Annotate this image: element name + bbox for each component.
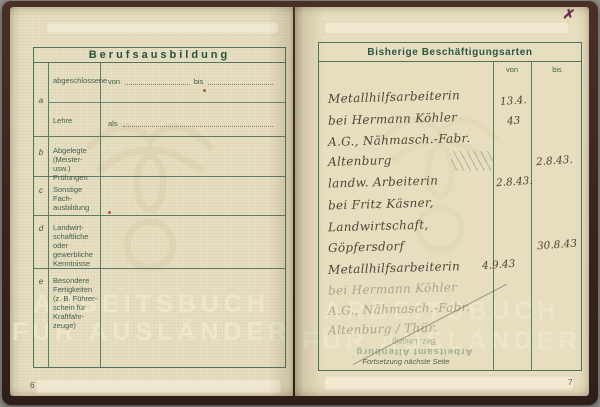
dotted-leader	[125, 83, 190, 85]
von-label: von	[108, 77, 120, 86]
row-letter-a: a	[34, 96, 48, 105]
handwritten-entry: bei Hermann Köhler	[328, 110, 458, 128]
left-table-title: Berufsausbildung	[34, 48, 285, 63]
emboss-band-top	[323, 21, 570, 35]
column-header-von: von	[493, 65, 531, 74]
handwritten-entry: Metallhilfsarbeiterin	[328, 259, 460, 277]
handwritten-entry: Altenburg	[328, 153, 392, 169]
dotted-leader	[123, 125, 273, 127]
employment-history-table: Bisherige Beschäftigungsarten von bis Me…	[318, 42, 582, 371]
row-letter-b: b	[34, 148, 48, 157]
page-left: ARBEITSBUCH FÜR AUSLÄNDER Berufsausbildu…	[10, 7, 293, 396]
handwritten-entry: A.G., Nähmasch.-Fabr.	[328, 131, 471, 149]
handwritten-entry: Landwirtschaft,	[328, 218, 429, 235]
bis-date: 2.8.43.	[536, 154, 573, 169]
row-label-exams: Abgelegte (Meister- usw.) Prüfungen	[53, 146, 98, 182]
als-fill-line: als	[100, 116, 285, 128]
handwritten-entry-faded: A.G., Nähmasch.-Fabr.	[328, 300, 471, 318]
row-divider	[34, 136, 285, 137]
row-label-other-training: Sonstige Fach- ausbildung	[53, 185, 98, 212]
row-letter-d: d	[34, 224, 48, 233]
right-table-title: Bisherige Beschäftigungsarten	[319, 43, 581, 62]
column-divider	[493, 62, 494, 370]
als-label: als	[108, 119, 118, 128]
stamp-line1: Arbeitsamt Altenburg	[344, 346, 484, 357]
row-label-apprenticeship-top: abgeschlossene	[53, 76, 98, 85]
labour-office-stamp: Arbeitsamt Altenburg Bez. Leipzig	[344, 337, 484, 357]
hatch-fill-mark	[451, 151, 493, 171]
emboss-band-top	[45, 21, 280, 35]
dotted-leader	[208, 83, 273, 85]
handwritten-entry-faded: bei Hermann Köhler	[328, 280, 458, 298]
von-date: 2.8.43.	[496, 175, 533, 190]
von-date: 43	[507, 115, 521, 128]
row-divider	[34, 268, 285, 269]
vocational-training-table: Berufsausbildung a b c d e abgeschlossen…	[33, 47, 286, 368]
handwritten-x-mark: ✗	[561, 6, 576, 24]
handwritten-entry: Göpfersdorf	[328, 239, 405, 255]
row-letter-c: c	[34, 186, 48, 195]
emboss-band-bottom	[323, 375, 575, 391]
handwritten-entry: bei Fritz Käsner,	[328, 196, 434, 213]
von-date: 4.9.43	[482, 258, 516, 272]
handwritten-entry: Metallhilfsarbeiterin	[328, 88, 460, 106]
handwritten-entry: landw. Arbeiterin	[328, 173, 439, 190]
page-number-left: 6	[30, 381, 34, 390]
page-right: ✗ ARBEITSBUCH FÜR AUSLÄNDER Bisherige Be…	[295, 7, 589, 396]
document-photo: ARBEITSBUCH FÜR AUSLÄNDER Berufsausbildu…	[0, 0, 600, 407]
emboss-band-bottom	[35, 378, 282, 394]
row-label-knowledge: Landwirt- schaftliche oder gewerbliche K…	[53, 223, 98, 268]
row-letter-e: e	[34, 277, 48, 286]
row-label-apprenticeship-bottom: Lehre	[53, 116, 98, 125]
row-divider	[34, 215, 285, 216]
red-speck	[203, 89, 206, 92]
von-date: 13.4.	[500, 94, 527, 108]
page-number-right: 7	[568, 378, 572, 387]
bis-date: 30.8.43	[537, 238, 578, 253]
stamp-line2: Bez. Leipzig	[344, 337, 484, 346]
sub-row-divider	[48, 102, 285, 103]
bis-label: bis	[194, 77, 204, 86]
row-label-special-skills: Besondere Fertigkeiten (z. B. Führer- sc…	[53, 276, 98, 330]
continuation-note: Fortsetzung nächste Seite	[319, 357, 493, 366]
von-bis-fill-line: von bis	[100, 74, 285, 86]
red-speck	[108, 211, 111, 214]
column-header-bis: bis	[531, 65, 583, 74]
column-divider	[531, 62, 532, 370]
